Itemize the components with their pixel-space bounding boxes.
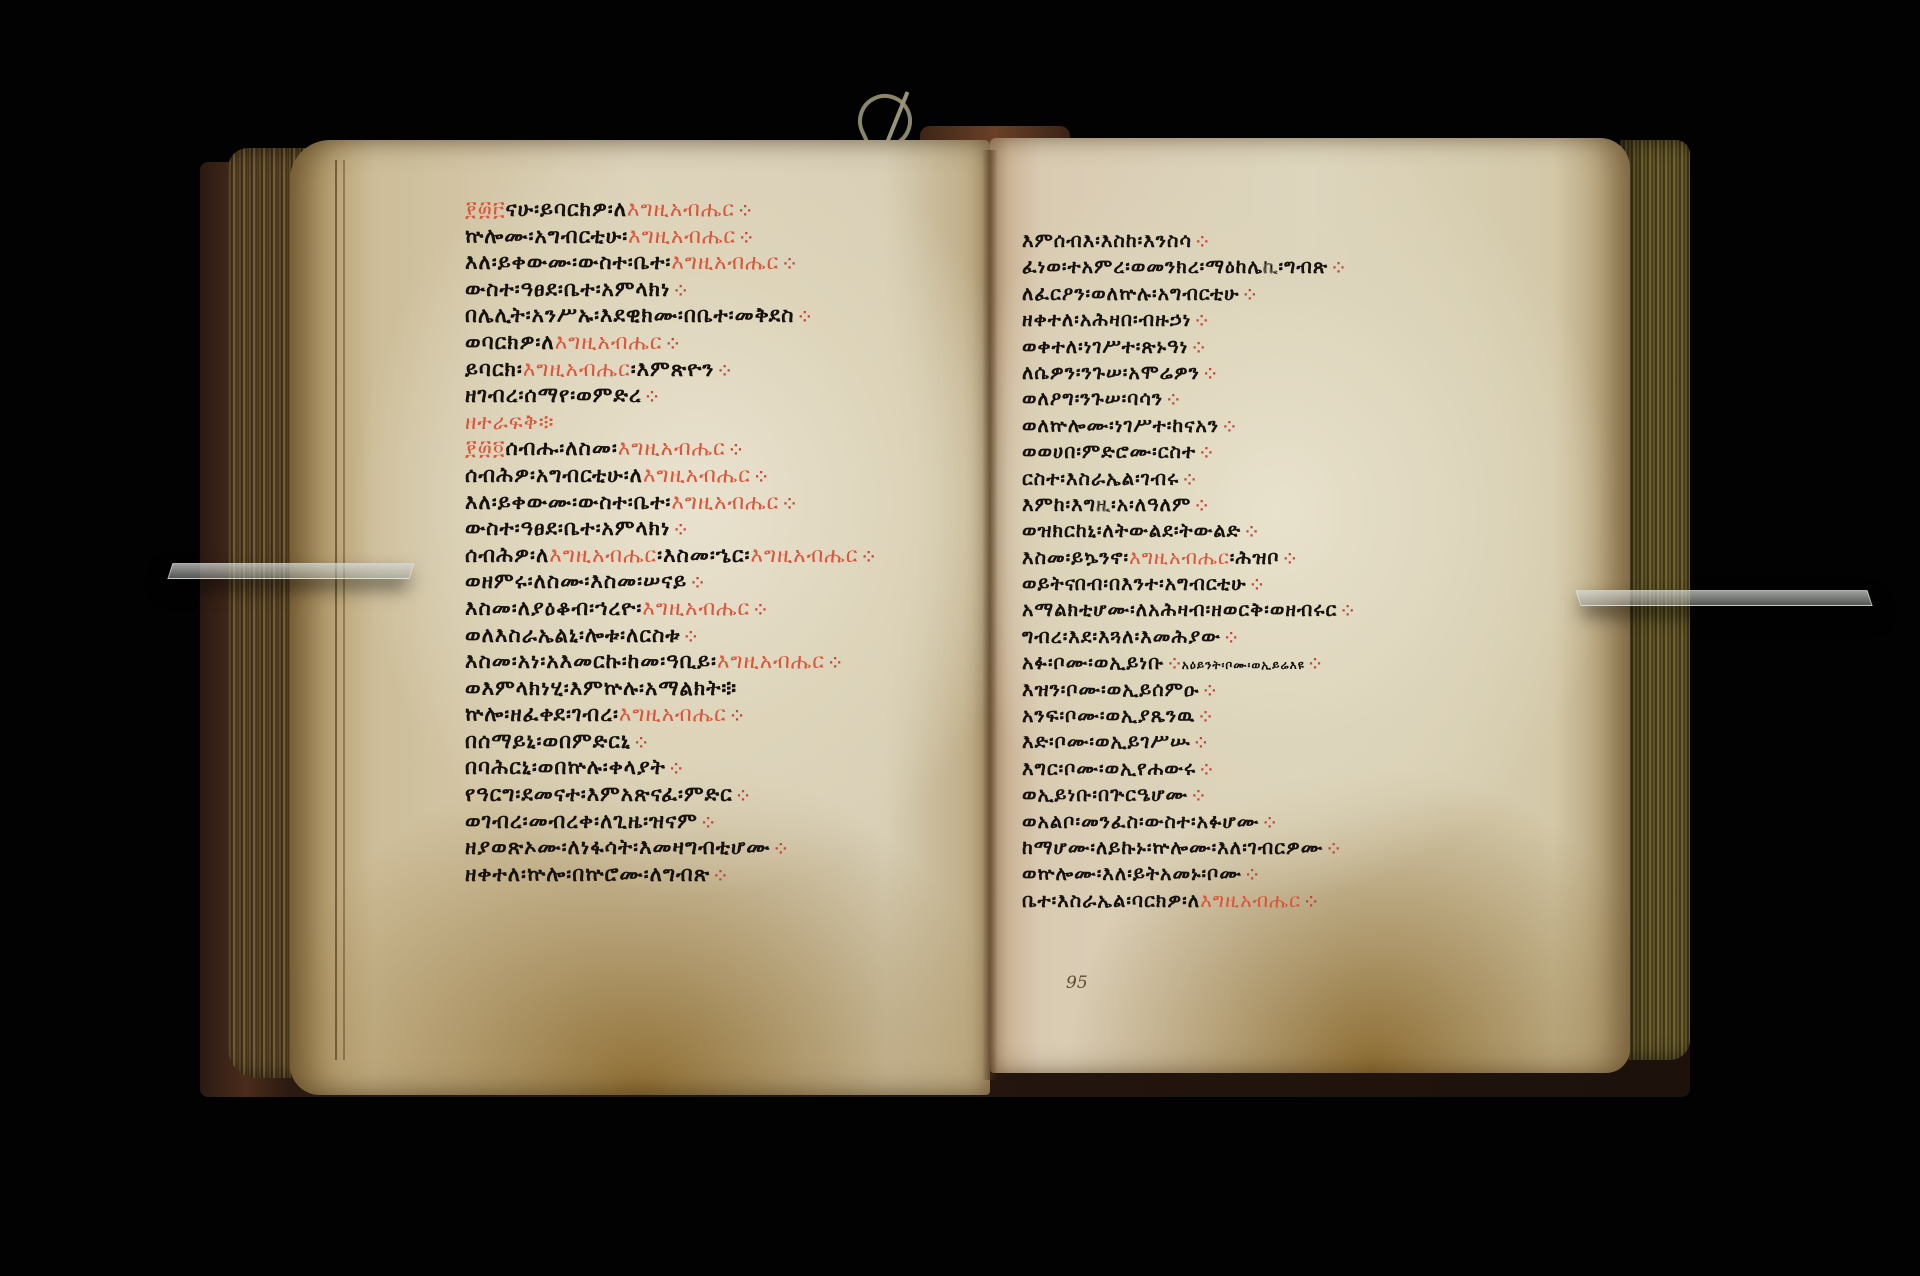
line-end-ornament-icon: ⁘ — [862, 548, 876, 566]
manuscript-line: ቤተ፡እስራኤል፡ባርክዎ፡ለእግዚአብሔር⁘ — [1022, 888, 1355, 914]
line-end-ornament-icon: ⁘ — [1168, 655, 1182, 673]
line-end-ornament-icon: ⁘ — [755, 468, 769, 486]
manuscript-line: በባሕርኒ፡ወበኵሉ፡ቀላያት⁘ — [465, 754, 876, 781]
rubricated-text: ፻፴፫ — [465, 197, 505, 221]
text-segment: ወእምላክነሂ፡እምኵሉ፡አማልክት፨ — [465, 676, 737, 700]
text-segment: እምከ፡እግዚ፡አ፡ለዓለም — [1022, 493, 1191, 516]
text-segment: ውስተ፡ዓፀደ፡ቤተ፡አምላክነ — [465, 516, 670, 540]
manuscript-line: ወቀተለ፡ነገሥተ፡ጽኑዓነ⁘ — [1022, 334, 1355, 360]
manuscript-line: እድ፡ቦሙ፡ወኢይገሥሡ⁘ — [1022, 729, 1355, 755]
text-segment: ቤተ፡እስራኤል፡ባርክዎ፡ለ — [1022, 889, 1200, 912]
line-end-ornament-icon: ⁘ — [737, 787, 751, 805]
manuscript-line: ፻፴፬ሰብሑ፡ለስመ፡እግዚአብሔር⁘ — [465, 435, 876, 462]
manuscript-line: አፉ፡ቦሙ፡ወኢይነቡ⁘አዕይንት፡ቦሙ፡ወኢይሬእዩ⁘ — [1022, 650, 1355, 676]
manuscript-line: የዓርግ፡ደመናተ፡እምአጽናፈ፡ምድር⁘ — [465, 781, 876, 808]
manuscript-line: ፈነወ፡ተአምረ፡ወመንክረ፡ማዕከሌኪ፡ግብጽ⁘ — [1022, 254, 1355, 280]
text-segment: ዘያወጽኦሙ፡ለነፋሳት፡እመዛግብቲሆሙ — [465, 835, 771, 859]
line-end-ornament-icon: ⁘ — [674, 282, 688, 300]
line-end-ornament-icon: ⁘ — [1305, 893, 1319, 911]
rubricated-text: እግዚአብሔር — [555, 330, 663, 354]
line-end-ornament-icon: ⁘ — [1225, 629, 1239, 647]
text-segment: ሰብሕዎ፡ለ — [465, 543, 549, 567]
manuscript-line: ወኵሎሙ፡እለ፡ይትአመኑ፡ቦሙ⁘ — [1022, 861, 1355, 887]
line-end-ornament-icon: ⁘ — [685, 628, 699, 646]
manuscript-line: ወወሀበ፡ምድሮሙ፡ርስተ⁘ — [1022, 439, 1355, 465]
line-end-ornament-icon: ⁘ — [1246, 866, 1260, 884]
text-segment: እግር፡ቦሙ፡ወኢየሐውሩ — [1022, 757, 1196, 780]
text-segment: ግብረ፡እደ፡እጓለ፡እመሕያው — [1022, 625, 1221, 648]
line-end-ornament-icon: ⁘ — [1341, 602, 1355, 620]
rubricated-text: ፻፴፬ — [465, 436, 505, 460]
line-end-ornament-icon: ⁘ — [674, 521, 688, 539]
text-segment: እስመ፡ለያዕቆብ፡ኀረዮ፡ — [465, 596, 642, 620]
text-segment: ወባርክዎ፡ለ — [465, 330, 555, 354]
text-segment: ወለኵሎሙ፡ነገሥተ፡ከናአን — [1022, 414, 1219, 437]
manuscript-line: እለ፡ይቀውሙ፡ውስተ፡ቤተ፡እግዚአብሔር⁘ — [465, 249, 876, 276]
text-segment: ርስተ፡እስራኤል፡ገብሩ — [1022, 467, 1179, 490]
line-end-ornament-icon: ⁘ — [829, 654, 843, 672]
line-end-ornament-icon: ⁘ — [646, 388, 660, 406]
text-segment: ወኵሎሙ፡እለ፡ይትአመኑ፡ቦሙ — [1022, 862, 1242, 885]
manuscript-line: ወለዖግ፡ንጉሠ፡ባሳን⁘ — [1022, 386, 1355, 412]
manuscript-line: ወዝክርከኒ፡ለትውልደ፡ትውልድ⁘ — [1022, 518, 1355, 544]
line-end-ornament-icon: ⁘ — [1203, 682, 1217, 700]
line-end-ornament-icon: ⁘ — [1251, 576, 1265, 594]
line-end-ornament-icon: ⁘ — [783, 255, 797, 273]
manuscript-line: ሰብሕዎ፡አግብርቲሁ፡ለእግዚአብሔር⁘ — [465, 462, 876, 489]
rubricated-text: እግዚአብሔር — [717, 649, 825, 673]
text-segment: በባሕርኒ፡ወበኵሉ፡ቀላያት — [465, 755, 666, 779]
rubricated-text: እግዚአብሔር — [523, 357, 631, 381]
line-end-ornament-icon: ⁘ — [1199, 708, 1213, 726]
manuscript-line: ዘቀተለ፡ኵሎ፡በኵሮሙ፡ለግብጽ⁘ — [465, 861, 876, 888]
left-page-text: ፻፴፫ናሁ፡ይባርክዎ፡ለእግዚአብሔር⁘ኵሎሙ፡አግብርቲሁ፡እግዚአብሔር⁘… — [465, 196, 876, 887]
text-segment: ፡ሕዝቦ — [1230, 546, 1280, 569]
text-segment: ውስተ፡ዓፀደ፡ቤተ፡አምላክነ — [465, 277, 670, 301]
manuscript-line: ወአልቦ፡መንፈስ፡ውስተ፡አፉሆሙ⁘ — [1022, 809, 1355, 835]
rubricated-text: እግዚአብሔር — [628, 224, 736, 248]
text-segment: እዝን፡ቦሙ፡ወኢይሰምዑ — [1022, 678, 1199, 701]
line-end-ornament-icon: ⁘ — [1196, 233, 1210, 251]
text-segment: ኵሎሙ፡አግብርቲሁ፡ — [465, 224, 628, 248]
text-segment: ወዝክርከኒ፡ለትውልደ፡ትውልድ — [1022, 519, 1241, 542]
rubricated-text: እግዚአብሔር — [1200, 889, 1301, 912]
text-segment: እስመ፡አነ፡አእመርኩ፡ከመ፡ዓቢይ፡ — [465, 649, 717, 673]
line-end-ornament-icon: ⁘ — [1192, 787, 1206, 805]
manuscript-line: አማልክቲሆሙ፡ለአሕዛብ፡ዘወርቅ፡ወዘብሩር⁘ — [1022, 597, 1355, 623]
manuscript-photo: ፻፴፫ናሁ፡ይባርክዎ፡ለእግዚአብሔር⁘ኵሎሙ፡አግብርቲሁ፡እግዚአብሔር⁘… — [0, 0, 1920, 1276]
rubricated-text: ዘተራፍቅ፨ — [465, 410, 554, 434]
text-segment: ወአልቦ፡መንፈስ፡ውስተ፡አፉሆሙ — [1022, 810, 1259, 833]
text-segment: ፡እምጽዮን — [631, 357, 715, 381]
text-segment: የዓርግ፡ደመናተ፡እምአጽናፈ፡ምድር — [465, 782, 733, 806]
manuscript-line: እስመ፡አነ፡አእመርኩ፡ከመ፡ዓቢይ፡እግዚአብሔር⁘ — [465, 648, 876, 675]
text-segment: ወገብረ፡መብረቀ፡ለጊዜ፡ዝናም — [465, 809, 698, 833]
text-segment: ኵሎ፡ዘፈቀደ፡ገብረ፡ — [465, 702, 619, 726]
line-end-ornament-icon: ⁘ — [1332, 259, 1346, 277]
text-segment: ለሴዎን፡ንጉሠ፡አሞሬዎን — [1022, 361, 1200, 384]
manuscript-line: እለ፡ይቀውሙ፡ውስተ፡ቤተ፡እግዚአብሔር⁘ — [465, 489, 876, 516]
line-end-ornament-icon: ⁘ — [1167, 391, 1181, 409]
manuscript-line: ዘያወጽኦሙ፡ለነፋሳት፡እመዛግብቲሆሙ⁘ — [465, 834, 876, 861]
folio-number: 95 — [1066, 973, 1088, 993]
rubricated-text: እግዚአብሔር — [642, 596, 750, 620]
line-end-ornament-icon: ⁘ — [754, 601, 768, 619]
text-segment: ወወሀበ፡ምድሮሙ፡ርስተ — [1022, 440, 1196, 463]
line-end-ornament-icon: ⁘ — [714, 867, 728, 885]
manuscript-line: ዘገብረ፡ሰማየ፡ወምድረ⁘ — [465, 382, 876, 409]
text-segment: ሰብሑ፡ለስመ፡ — [505, 436, 617, 460]
manuscript-line: ኵሎ፡ዘፈቀደ፡ገብረ፡እግዚአብሔር⁘ — [465, 701, 876, 728]
manuscript-line: ከማሆሙ፡ለይኩኑ፡ኵሎሙ፡እለ፡ገብርዎሙ⁘ — [1022, 835, 1355, 861]
line-end-ornament-icon: ⁘ — [670, 760, 684, 778]
manuscript-line: ወለእስራኤልኒ፡ሎቱ፡ለርስቱ⁘ — [465, 622, 876, 649]
text-segment: ይባርክ፡ — [465, 357, 523, 381]
rubricated-text: እግዚአብሔር — [549, 543, 657, 567]
manuscript-line: ኵሎሙ፡አግብርቲሁ፡እግዚአብሔር⁘ — [465, 223, 876, 250]
line-end-ornament-icon: ⁘ — [1284, 550, 1298, 568]
text-segment: ወቀተለ፡ነገሥተ፡ጽኑዓነ — [1022, 335, 1188, 358]
line-end-ornament-icon: ⁘ — [1263, 814, 1277, 832]
text-segment: ፈነወ፡ተአምረ፡ወመንክረ፡ማዕከሌኪ፡ግብጽ — [1022, 255, 1328, 278]
manuscript-line: ውስተ፡ዓፀደ፡ቤተ፡አምላክነ⁘ — [465, 276, 876, 303]
manuscript-line: ለፈርዖን፡ወለኵሉ፡አግብርቲሁ⁘ — [1022, 281, 1355, 307]
interlinear-text: አዕይንት፡ቦሙ፡ወኢይሬእዩ — [1182, 658, 1305, 672]
text-segment: አንፍ፡ቦሙ፡ወኢያጼንዉ — [1022, 704, 1195, 727]
text-segment: ሰብሕዎ፡አግብርቲሁ፡ለ — [465, 463, 643, 487]
manuscript-line: እስመ፡ለያዕቆብ፡ኀረዮ፡እግዚአብሔር⁘ — [465, 595, 876, 622]
manuscript-line: እምከ፡እግዚ፡አ፡ለዓለም⁘ — [1022, 492, 1355, 518]
manuscript-line: ርስተ፡እስራኤል፡ገብሩ⁘ — [1022, 466, 1355, 492]
manuscript-line: ወእምላክነሂ፡እምኵሉ፡አማልክት፨ — [465, 675, 876, 702]
manuscript-line: በሌሊት፡አንሥኡ፡እደዊክሙ፡በቤተ፡መቅደስ⁘ — [465, 302, 876, 329]
line-end-ornament-icon: ⁘ — [1244, 286, 1258, 304]
line-end-ornament-icon: ⁘ — [1183, 471, 1197, 489]
line-end-ornament-icon: ⁘ — [702, 814, 716, 832]
text-segment: ለፈርዖን፡ወለኵሉ፡አግብርቲሁ — [1022, 282, 1240, 305]
manuscript-line: ዘተራፍቅ፨ — [465, 409, 876, 436]
manuscript-line: ወባርክዎ፡ለእግዚአብሔር⁘ — [465, 329, 876, 356]
text-segment: አማልክቲሆሙ፡ለአሕዛብ፡ዘወርቅ፡ወዘብሩር — [1022, 598, 1337, 621]
text-segment: ዘቀተለ፡አሕዛበ፡ብዙኃነ — [1022, 308, 1191, 331]
text-segment: እለ፡ይቀውሙ፡ውስተ፡ቤተ፡ — [465, 490, 671, 514]
text-segment: ዘቀተለ፡ኵሎ፡በኵሮሙ፡ለግብጽ — [465, 862, 710, 886]
rubricated-text: እግዚአብሔር — [619, 702, 727, 726]
text-segment: እድ፡ቦሙ፡ወኢይገሥሡ — [1022, 730, 1191, 753]
manuscript-line: ውስተ፡ዓፀደ፡ቤተ፡አምላክነ⁘ — [465, 515, 876, 542]
line-end-ornament-icon: ⁘ — [1309, 655, 1323, 673]
line-end-ornament-icon: ⁘ — [1223, 418, 1237, 436]
book-gutter — [982, 150, 998, 1080]
line-end-ornament-icon: ⁘ — [691, 574, 705, 592]
line-end-ornament-icon: ⁘ — [731, 707, 745, 725]
manuscript-line: እስመ፡ይኴንኖ፡እግዚአብሔር፡ሕዝቦ⁘ — [1022, 545, 1355, 571]
manuscript-line: ወይትናበብ፡በእንተ፡አግብርቲሁ⁘ — [1022, 571, 1355, 597]
rubricated-text: እግዚአብሔር — [643, 463, 751, 487]
manuscript-line: እምሰብእ፡እስከ፡እንስሳ⁘ — [1022, 228, 1355, 254]
manuscript-line: ወገብረ፡መብረቀ፡ለጊዜ፡ዝናም⁘ — [465, 808, 876, 835]
manuscript-line: ወኢይነቡ፡በጕርዔሆሙ⁘ — [1022, 782, 1355, 808]
line-end-ornament-icon: ⁘ — [740, 229, 754, 247]
text-segment: ወኢይነቡ፡በጕርዔሆሙ — [1022, 783, 1188, 806]
text-segment: እለ፡ይቀውሙ፡ውስተ፡ቤተ፡ — [465, 250, 671, 274]
line-end-ornament-icon: ⁘ — [730, 441, 744, 459]
line-end-ornament-icon: ⁘ — [1204, 365, 1218, 383]
text-segment: ከማሆሙ፡ለይኩኑ፡ኵሎሙ፡እለ፡ገብርዎሙ — [1022, 836, 1323, 859]
rubricated-text: እግዚአብሔር — [750, 543, 858, 567]
text-segment: ወይትናበብ፡በእንተ፡አግብርቲሁ — [1022, 572, 1247, 595]
line-end-ornament-icon: ⁘ — [739, 202, 753, 220]
manuscript-line: በሰማይኒ፡ወበምድርኒ⁘ — [465, 728, 876, 755]
text-segment: ዘገብረ፡ሰማየ፡ወምድረ — [465, 383, 642, 407]
line-end-ornament-icon: ⁘ — [1195, 312, 1209, 330]
manuscript-line: ወዘምሩ፡ለስሙ፡እስመ፡ሠናይ⁘ — [465, 568, 876, 595]
text-segment: ፡እስመ፡ኄር፡ — [657, 543, 750, 567]
manuscript-line: ይባርክ፡እግዚአብሔር፡እምጽዮን⁘ — [465, 356, 876, 383]
line-end-ornament-icon: ⁘ — [1327, 840, 1341, 858]
manuscript-line: ወለኵሎሙ፡ነገሥተ፡ከናአን⁘ — [1022, 413, 1355, 439]
manuscript-line: ሰብሕዎ፡ለእግዚአብሔር፡እስመ፡ኄር፡እግዚአብሔር⁘ — [465, 542, 876, 569]
line-end-ornament-icon: ⁘ — [783, 495, 797, 513]
text-segment: በሌሊት፡አንሥኡ፡እደዊክሙ፡በቤተ፡መቅደስ — [465, 303, 794, 327]
text-segment: ወዘምሩ፡ለስሙ፡እስመ፡ሠናይ — [465, 569, 687, 593]
line-end-ornament-icon: ⁘ — [1195, 497, 1209, 515]
text-segment: ወለእስራኤልኒ፡ሎቱ፡ለርስቱ — [465, 623, 681, 647]
line-end-ornament-icon: ⁘ — [635, 734, 649, 752]
line-end-ornament-icon: ⁘ — [1200, 761, 1214, 779]
text-segment: እምሰብእ፡እስከ፡እንስሳ — [1022, 229, 1192, 252]
rubricated-text: እግዚአብሔር — [1129, 546, 1230, 569]
manuscript-line: እግር፡ቦሙ፡ወኢየሐውሩ⁘ — [1022, 756, 1355, 782]
text-segment: እስመ፡ይኴንኖ፡ — [1022, 546, 1129, 569]
manuscript-line: እዝን፡ቦሙ፡ወኢይሰምዑ⁘ — [1022, 677, 1355, 703]
line-end-ornament-icon: ⁘ — [1245, 523, 1259, 541]
manuscript-line: ግብረ፡እደ፡እጓለ፡እመሕያው⁘ — [1022, 624, 1355, 650]
text-segment: ናሁ፡ይባርክዎ፡ለ — [505, 197, 627, 221]
manuscript-line: ፻፴፫ናሁ፡ይባርክዎ፡ለእግዚአብሔር⁘ — [465, 196, 876, 223]
rubricated-text: እግዚአብሔር — [671, 490, 779, 514]
manuscript-line: አንፍ፡ቦሙ፡ወኢያጼንዉ⁘ — [1022, 703, 1355, 729]
rubricated-text: እግዚአብሔር — [671, 250, 779, 274]
line-end-ornament-icon: ⁘ — [775, 840, 789, 858]
right-page-text: እምሰብእ፡እስከ፡እንስሳ⁘ፈነወ፡ተአምረ፡ወመንክረ፡ማዕከሌኪ፡ግብጽ⁘… — [1022, 228, 1355, 914]
rubricated-text: እግዚአብሔር — [618, 436, 726, 460]
text-segment: አፉ፡ቦሙ፡ወኢይነቡ — [1022, 651, 1164, 674]
margin-ruling — [335, 160, 337, 1060]
line-end-ornament-icon: ⁘ — [718, 362, 732, 380]
acrylic-page-support-right — [1575, 590, 1872, 606]
text-segment: ወለዖግ፡ንጉሠ፡ባሳን — [1022, 387, 1163, 410]
margin-ruling — [343, 160, 345, 1060]
line-end-ornament-icon: ⁘ — [1200, 444, 1214, 462]
text-segment: በሰማይኒ፡ወበምድርኒ — [465, 729, 631, 753]
acrylic-page-support-left — [167, 563, 414, 579]
line-end-ornament-icon: ⁘ — [667, 335, 681, 353]
manuscript-line: ዘቀተለ፡አሕዛበ፡ብዙኃነ⁘ — [1022, 307, 1355, 333]
manuscript-line: ለሴዎን፡ንጉሠ፡አሞሬዎን⁘ — [1022, 360, 1355, 386]
line-end-ornament-icon: ⁘ — [1195, 734, 1209, 752]
rubricated-text: እግዚአብሔር — [627, 197, 735, 221]
line-end-ornament-icon: ⁘ — [798, 308, 812, 326]
line-end-ornament-icon: ⁘ — [1192, 339, 1206, 357]
